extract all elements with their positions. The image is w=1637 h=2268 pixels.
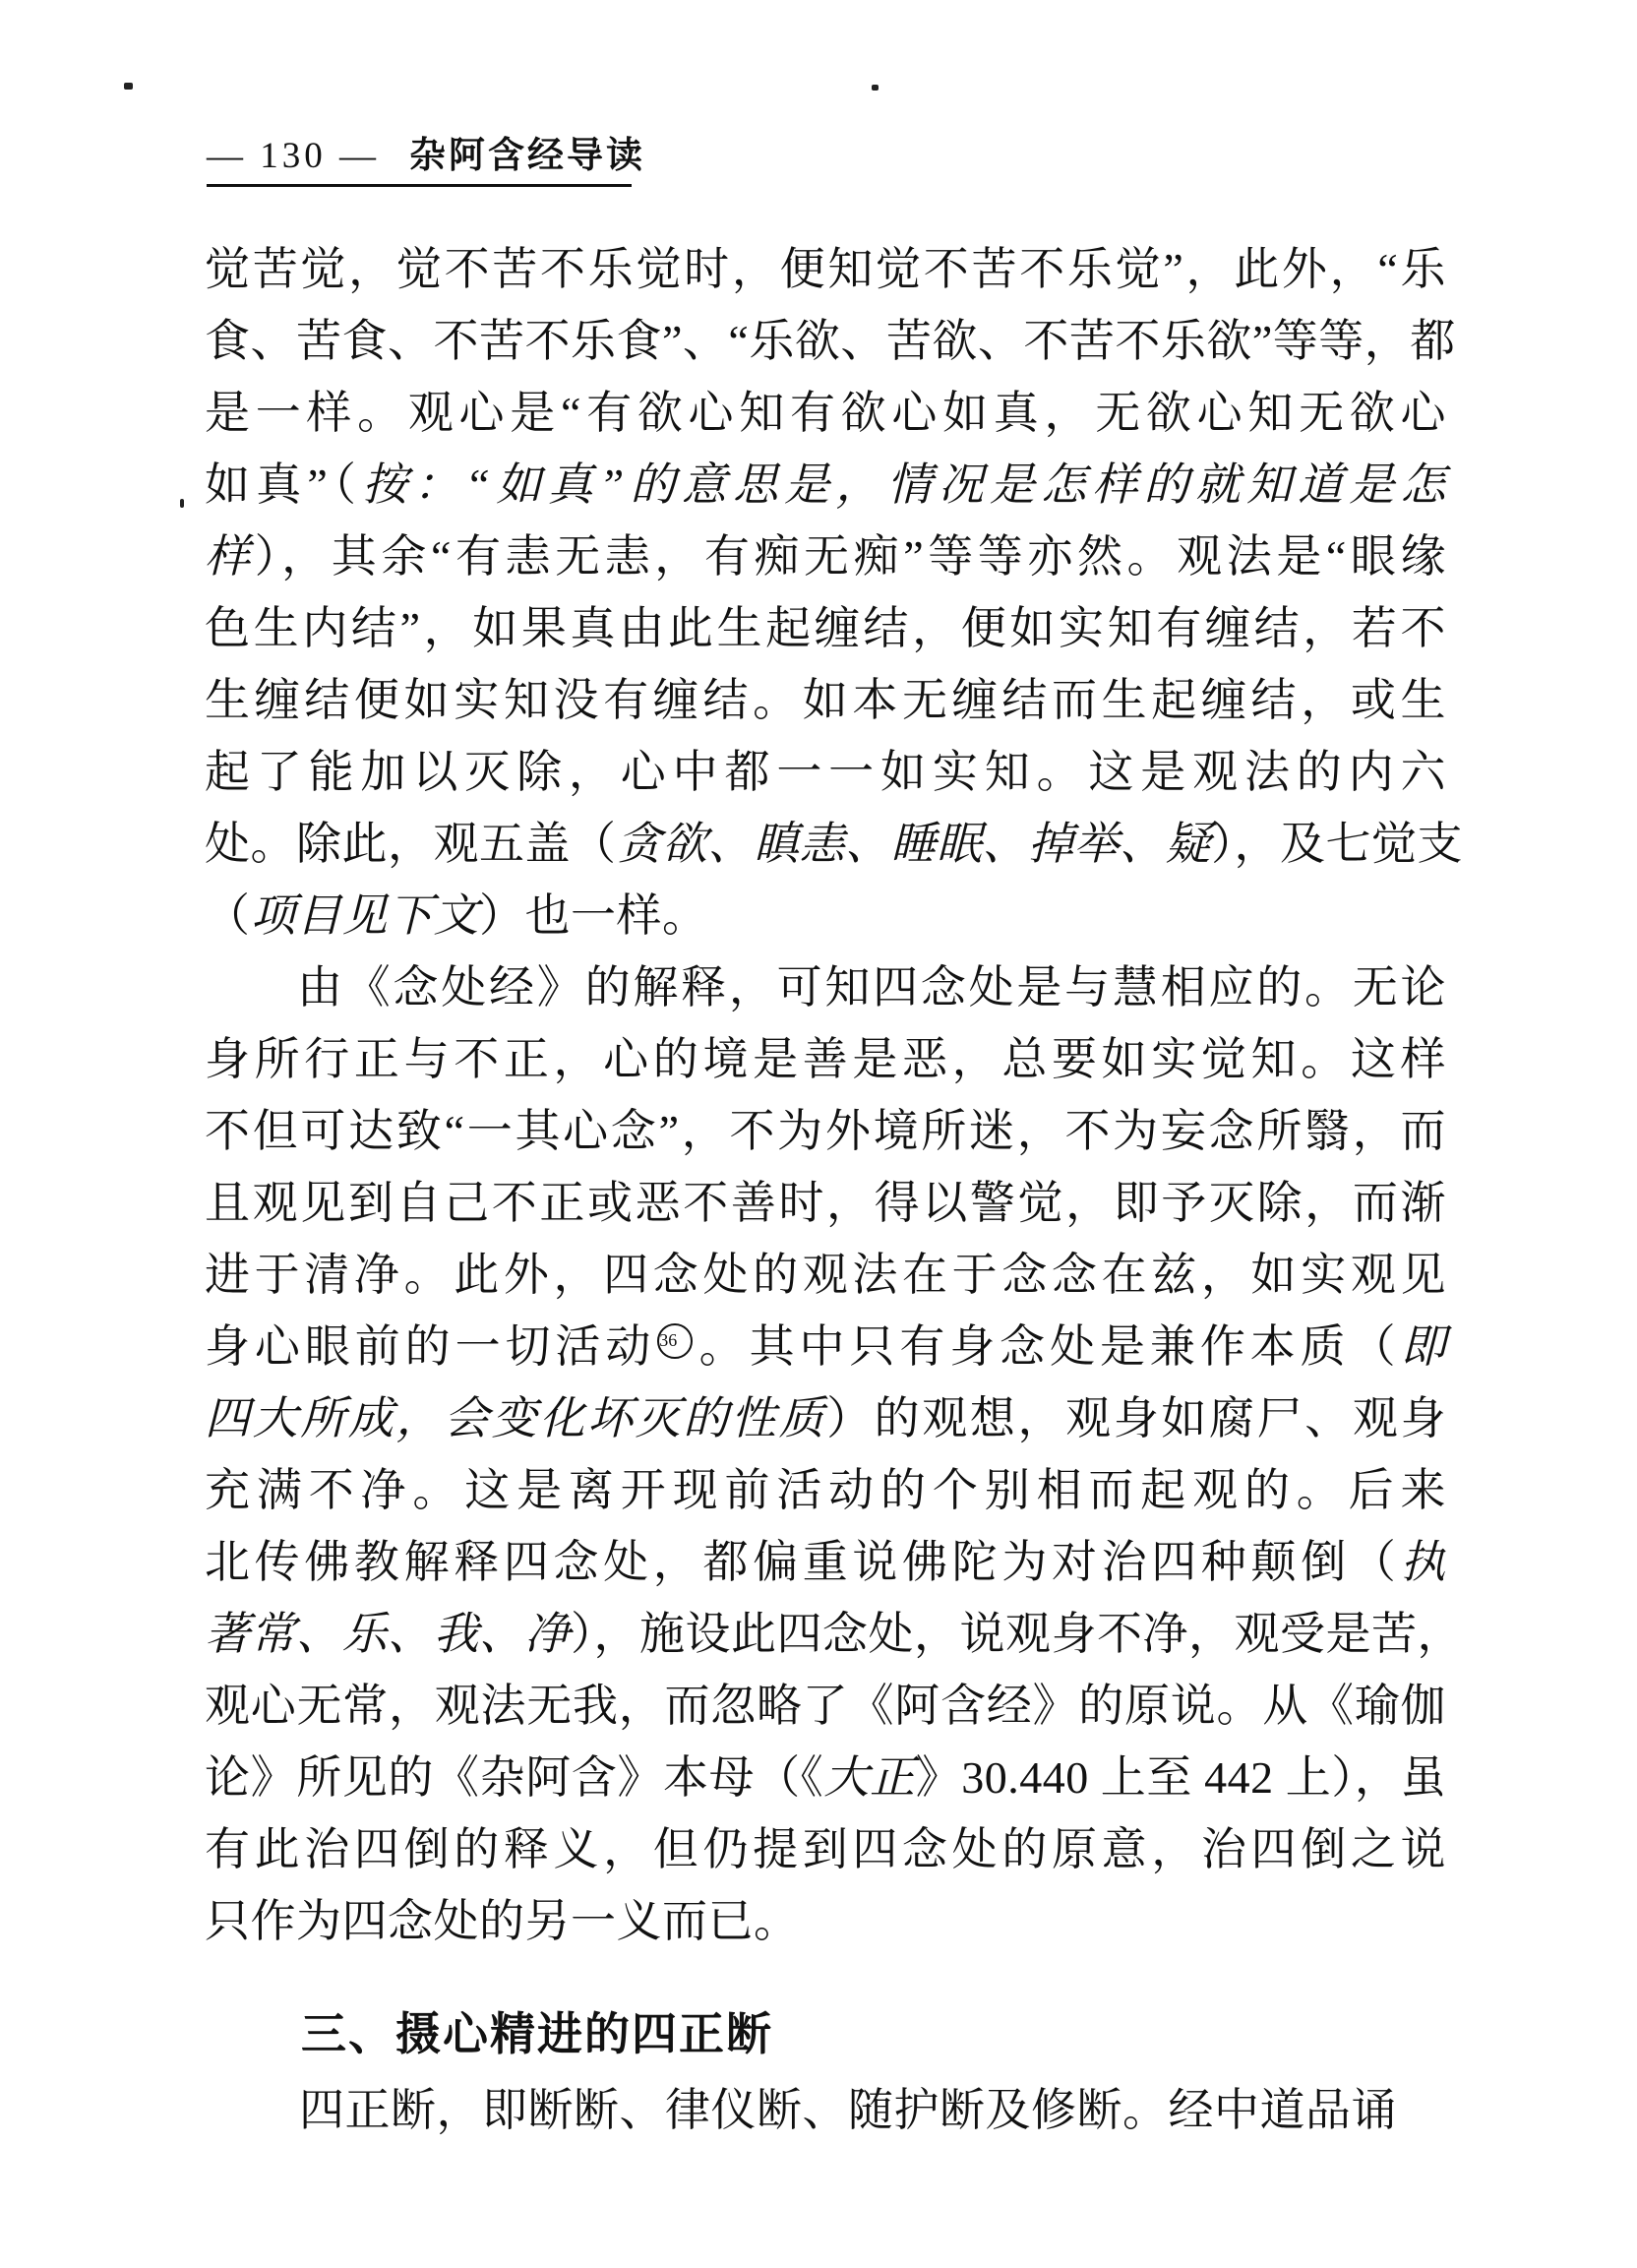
running-header: — 130 — 杂阿含经导读 [207,137,632,187]
body-line: 如真”（按：“如真”的意思是，情况是怎样的就知道是怎 [205,449,1446,521]
text-segment: ），其余“有恚无恚，有痴无痴”等等亦然。观法是“眼缘 [255,531,1446,582]
text-segment: ），及七觉支 [1211,819,1463,869]
text-segment: 》30.440 上至 442 上），虽 [916,1752,1446,1803]
paragraph-first-line: 四正断，即断断、律仪断、随护断及修断。经中道品诵 [205,2074,1446,2146]
body-line: 只作为四念处的另一义而已。 [205,1885,1446,1957]
text-segment: 。其中只有身念处是兼作本质（ [695,1321,1400,1372]
text-segment: （ [205,890,251,941]
text-segment: 且观见到自己不正或恶不善时，得以警觉，即予灭除，而渐 [205,1178,1446,1228]
body-line: 样），其余“有恚无恚，有痴无痴”等等亦然。观法是“眼缘 [205,521,1446,592]
body-line: 觉苦觉，觉不苦不乐觉时，便知觉不苦不乐觉”，此外，“乐 [205,233,1446,305]
text-segment: 大正 [823,1752,915,1803]
book-page: — 130 — 杂阿含经导读 觉苦觉，觉不苦不乐觉时，便知觉不苦不乐觉”，此外，… [0,0,1637,2268]
body-line: 四大所成，会变化坏灭的性质）的观想，观身如腐尸、观身 [205,1382,1446,1454]
text-segment: 起了能加以灭除，心中都一一如实知。这是观法的内六 [205,747,1446,797]
footnote-ref-icon: 36 [657,1323,693,1359]
body-line: 著常、乐、我、净），施设此四念处，说观身不净，观受是苦， [205,1598,1446,1670]
body-line: 北传佛教解释四念处，都偏重说佛陀为对治四种颠倒（执 [205,1526,1446,1598]
text-segment: 只作为四念处的另一义而已。 [205,1896,800,1946]
text-segment: ）的观想，观身如腐尸、观身 [826,1393,1446,1443]
book-title: 杂阿含经导读 [409,137,645,176]
body-line: 不但可达致“一其心念”，不为外境所迷，不为妄念所翳，而 [205,1095,1446,1167]
text-segment: 样 [205,531,255,582]
text-segment: 处。除此，观五盖（ [205,819,617,869]
text-segment: 贪欲、瞋恚、睡眠、掉举、疑 [617,819,1212,869]
text-segment: 即 [1401,1321,1447,1372]
text-segment: 不但可达致“一其心念”，不为外境所迷，不为妄念所翳，而 [205,1106,1446,1156]
text-segment: 著常、乐、我、净 [205,1609,571,1659]
body-line: 生缠结便如实知没有缠结。如本无缠结而生起缠结，或生 [205,664,1446,736]
body-line: 是一样。观心是“有欲心知有欲心如真，无欲心知无欲心 [205,377,1446,449]
text-segment: 按：“如真”的意思是，情况是怎样的就知道是怎 [362,460,1446,510]
text-segment: 身心眼前的一切活动 [205,1321,655,1372]
body-lines: 觉苦觉，觉不苦不乐觉时，便知觉不苦不乐觉”，此外，“乐食、苦食、不苦不乐食”、“… [205,233,1446,1957]
text-segment: 论》所见的《杂阿含》本母（《 [205,1752,823,1803]
text-segment: 进于清净。此外，四念处的观法在于念念在兹，如实观见 [205,1250,1446,1300]
text-segment: 执 [1401,1537,1447,1587]
text-segment: 北传佛教解释四念处，都偏重说佛陀为对治四种颠倒（ [205,1537,1401,1587]
body-line: 进于清净。此外，四念处的观法在于念念在兹，如实观见 [205,1239,1446,1311]
body-line: 论》所见的《杂阿含》本母（《大正》30.440 上至 442 上），虽 [205,1742,1446,1813]
text-segment: 充满不净。这是离开现前活动的个别相而起观的。后来 [205,1465,1446,1515]
text-segment: 有此治四倒的释义，但仍提到四念处的原意，治四倒之说 [205,1824,1446,1874]
scan-speck [872,85,879,91]
text-segment: 如真”（ [205,460,362,510]
body-line: 身心眼前的一切活动36。其中只有身念处是兼作本质（即 [205,1311,1446,1382]
body-line: 由《念处经》的解释，可知四念处是与慧相应的。无论 [205,951,1446,1023]
scan-speck [124,83,133,90]
body-line: 且观见到自己不正或恶不善时，得以警觉，即予灭除，而渐 [205,1167,1446,1239]
body-line: 起了能加以灭除，心中都一一如实知。这是观法的内六 [205,736,1446,808]
body-line: 有此治四倒的释义，但仍提到四念处的原意，治四倒之说 [205,1813,1446,1885]
text-segment: 项目见下文 [251,890,480,941]
body-line: 处。除此，观五盖（贪欲、瞋恚、睡眠、掉举、疑），及七觉支 [205,808,1446,880]
body-line: 食、苦食、不苦不乐食”、“乐欲、苦欲、不苦不乐欲”等等，都 [205,305,1446,377]
text-segment: 生缠结便如实知没有缠结。如本无缠结而生起缠结，或生 [205,675,1446,725]
scan-speck [180,499,184,508]
body-line: 身所行正与不正，心的境是善是恶，总要如实觉知。这样 [205,1023,1446,1095]
text-segment: 由《念处经》的解释，可知四念处是与慧相应的。无论 [297,962,1446,1012]
body-line: （项目见下文）也一样。 [205,880,1446,951]
text-segment: 色生内结”，如果真由此生起缠结，便如实知有缠结，若不 [205,603,1446,653]
text-segment: 四大所成，会变化坏灭的性质 [205,1393,826,1443]
text-segment: 食、苦食、不苦不乐食”、“乐欲、苦欲、不苦不乐欲”等等，都 [205,316,1456,366]
text-segment: 身所行正与不正，心的境是善是恶，总要如实觉知。这样 [205,1034,1446,1084]
text-segment: 觉苦觉，觉不苦不乐觉时，便知觉不苦不乐觉”，此外，“乐 [205,244,1446,294]
text-segment: ）也一样。 [479,890,708,941]
section-heading: 三、摄心精进的四正断 [207,2005,1448,2062]
text-segment: 观心无常，观法无我，而忽略了《阿含经》的原说。从《瑜伽 [205,1681,1446,1731]
body-line: 充满不净。这是离开现前活动的个别相而起观的。后来 [205,1454,1446,1526]
text-segment: 是一样。观心是“有欲心知有欲心如真，无欲心知无欲心 [205,388,1446,438]
body-line: 色生内结”，如果真由此生起缠结，便如实知有缠结，若不 [205,592,1446,664]
body-line: 观心无常，观法无我，而忽略了《阿含经》的原说。从《瑜伽 [205,1670,1446,1742]
text-segment: ），施设此四念处，说观身不净，观受是苦， [571,1609,1463,1659]
page-number: — 130 — [207,137,380,176]
